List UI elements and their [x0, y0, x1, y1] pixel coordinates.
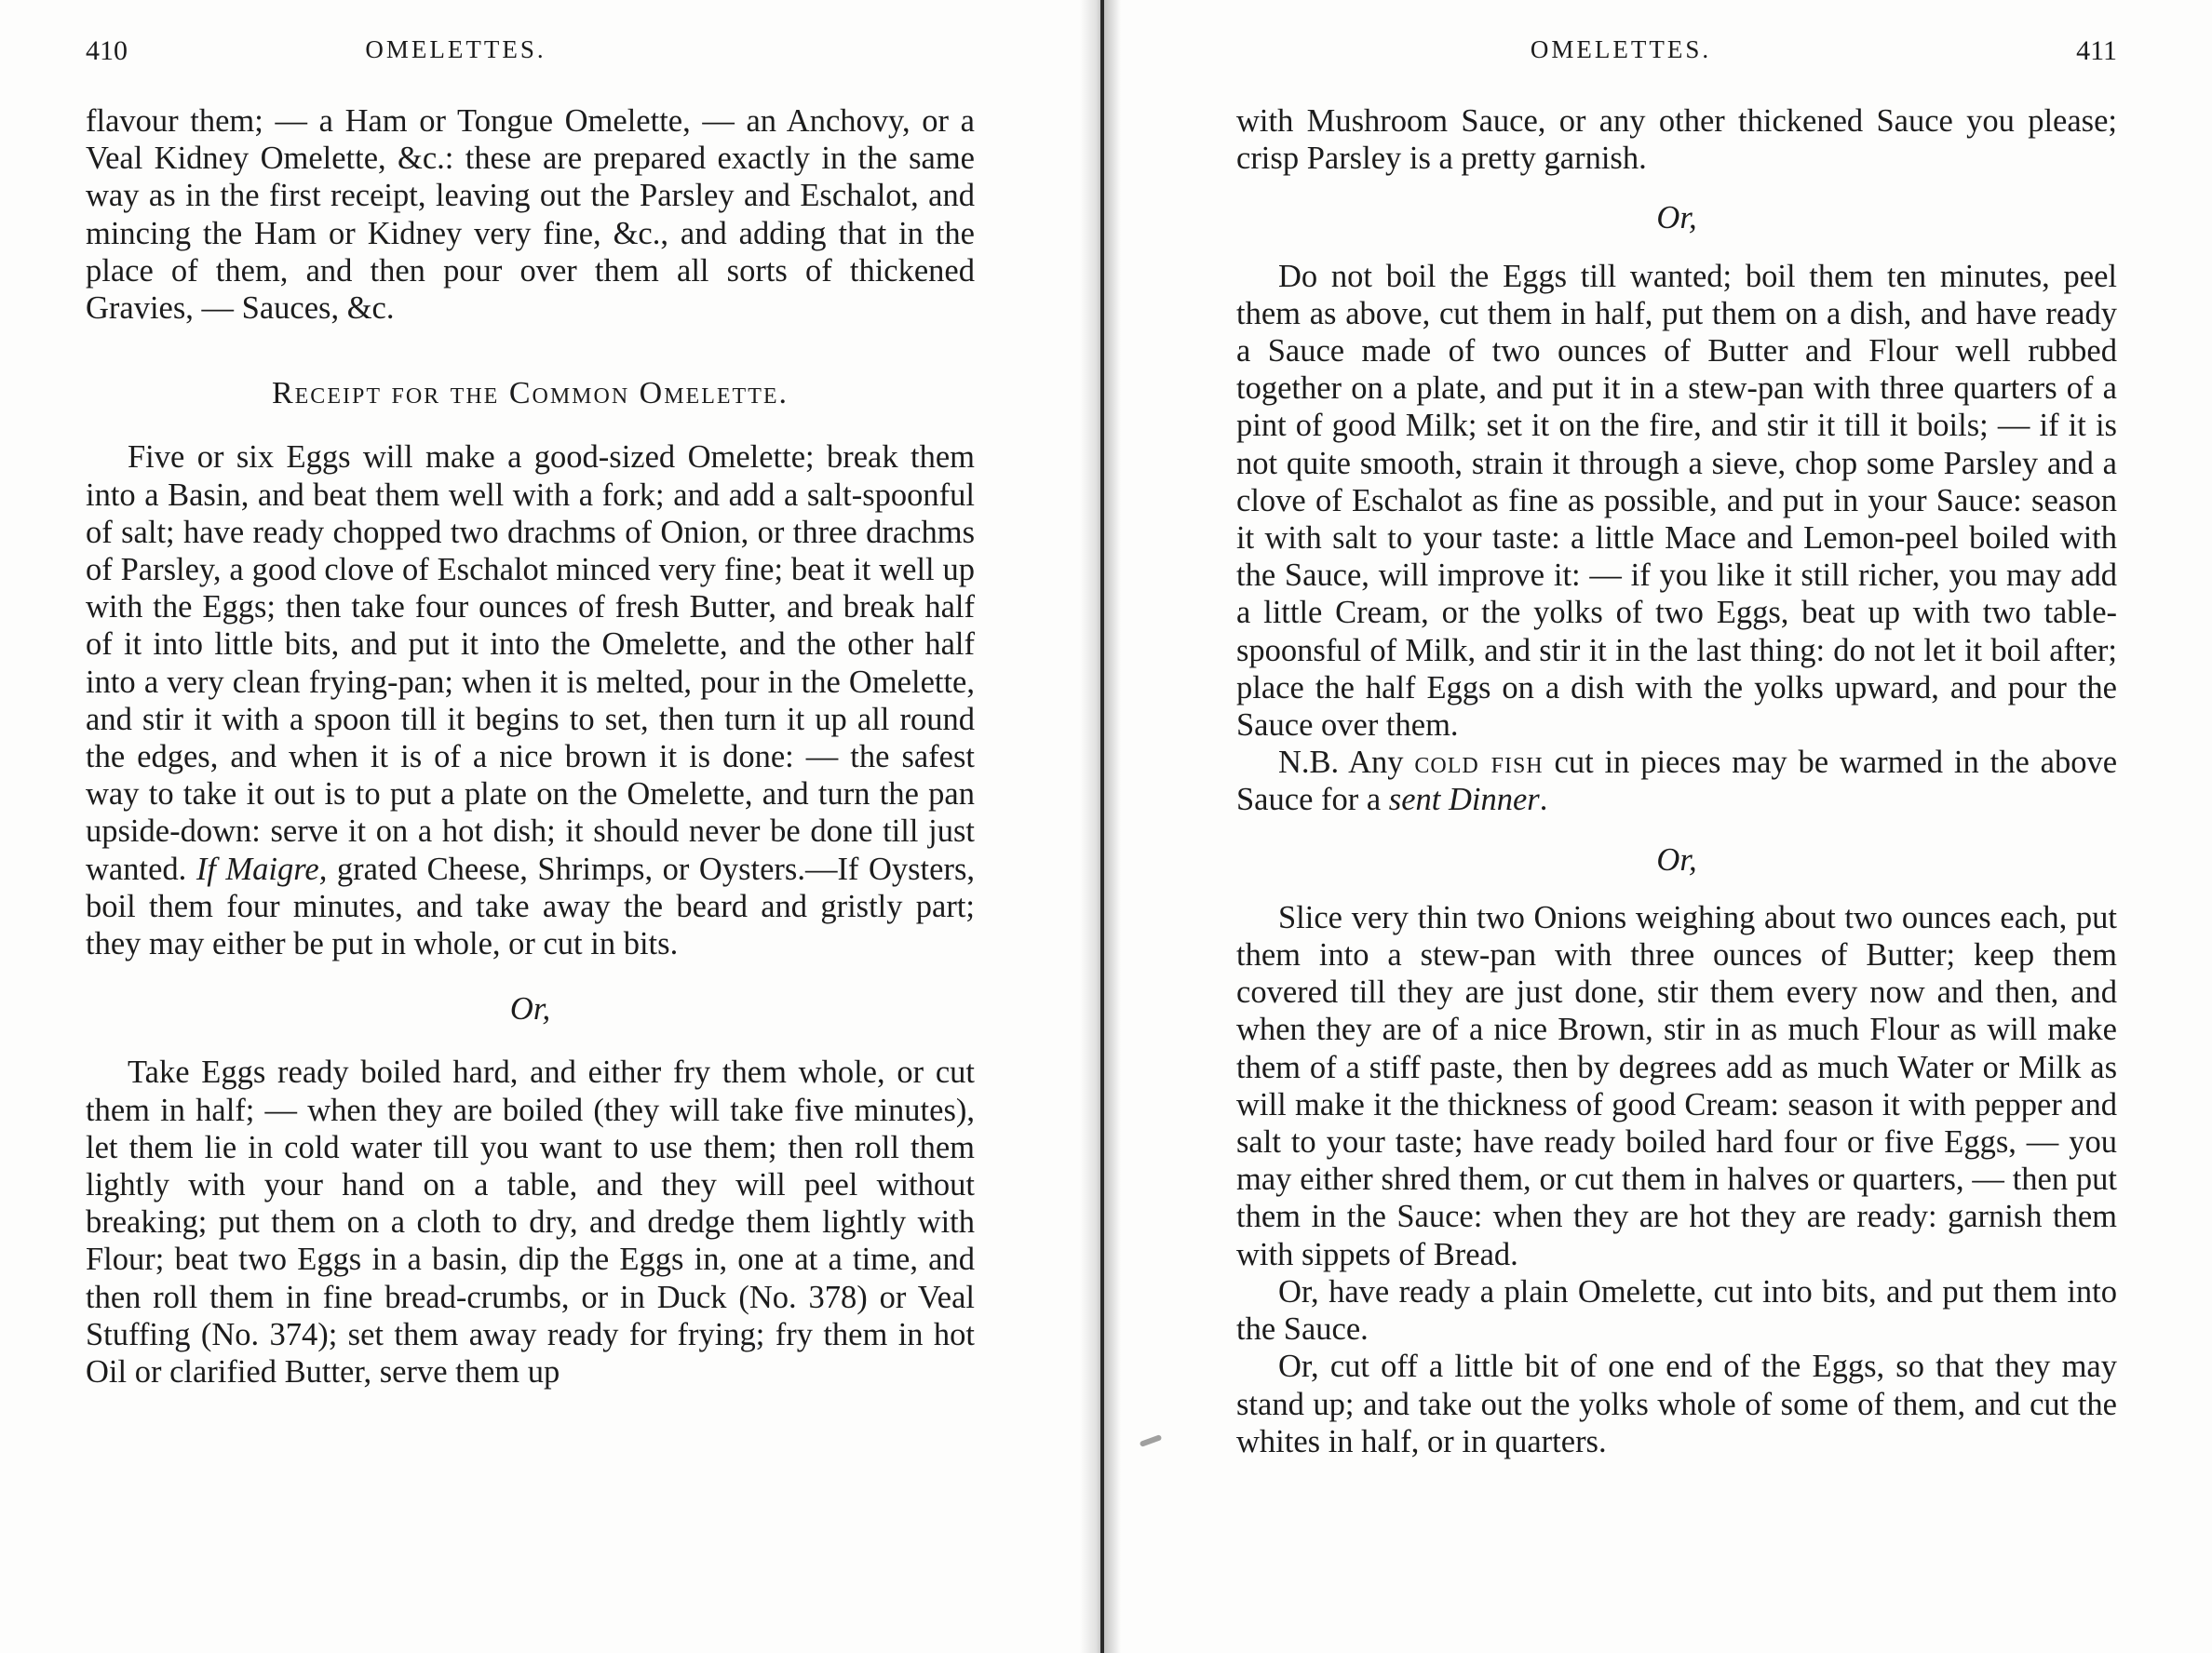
book-spread: 410 OMELETTES. flavour them; — a Ham or …: [0, 0, 2212, 1653]
paragraph-text: Five or six Eggs will make a good-sized …: [86, 439, 975, 886]
small-caps-text: cold fish: [1414, 745, 1543, 780]
paragraph-fried-eggs: Take Eggs ready boiled hard, and either …: [86, 1054, 975, 1391]
left-page: 410 OMELETTES. flavour them; — a Ham or …: [86, 0, 975, 1653]
italic-text: sent Dinner: [1389, 782, 1540, 817]
right-page: OMELETTES. 411 with Mushroom Sauce, or a…: [1236, 0, 2117, 1653]
or-divider: Or,: [86, 990, 975, 1028]
paragraph-text: .: [1540, 782, 1548, 817]
paragraph-egg-sauce: Do not boil the Eggs till wanted; boil t…: [1236, 258, 2117, 745]
paragraph-common-omelette: Five or six Eggs will make a good-sized …: [86, 438, 975, 962]
paragraph-plain-omelette: Or, have ready a plain Omelette, cut int…: [1236, 1273, 2117, 1348]
italic-text: If Maigre,: [196, 852, 328, 887]
paragraph-continued: with Mushroom Sauce, or any other thicke…: [1236, 102, 2117, 177]
running-title: OMELETTES.: [1236, 35, 2005, 64]
page-number: 411: [2076, 35, 2117, 67]
running-head: OMELETTES. 411: [1236, 35, 2117, 82]
page-body: flavour them; — a Ham or Tongue Omelette…: [86, 102, 975, 1391]
paragraph-nota-bene: N.B. Any cold fish cut in pieces may be …: [1236, 744, 2117, 818]
paragraph-stand-up: Or, cut off a little bit of one end of t…: [1236, 1348, 2117, 1460]
paragraph-text: N.B. Any: [1278, 745, 1414, 780]
paragraph-onions: Slice very thin two Onions weighing abou…: [1236, 899, 2117, 1273]
paragraph-continued: flavour them; — a Ham or Tongue Omelette…: [86, 102, 975, 327]
running-head: 410 OMELETTES.: [86, 35, 975, 82]
page-body: with Mushroom Sauce, or any other thicke…: [1236, 102, 2117, 1460]
section-heading: Receipt for the Common Omelette.: [86, 375, 975, 412]
or-divider: Or,: [1236, 841, 2117, 879]
ink-mark: [1140, 1434, 1163, 1447]
running-title: OMELETTES.: [86, 35, 826, 64]
gutter-fold-line: [1100, 0, 1104, 1653]
or-divider: Or,: [1236, 199, 2117, 236]
